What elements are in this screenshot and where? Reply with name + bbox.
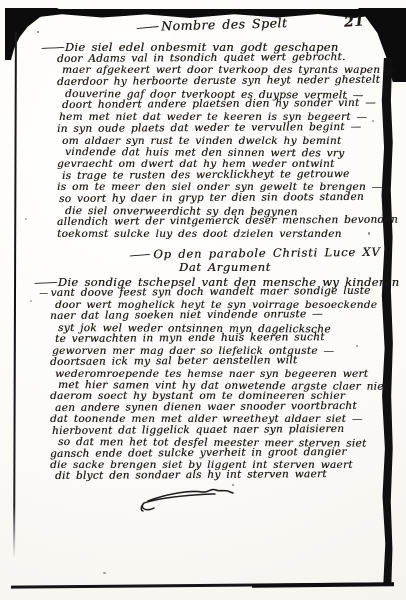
manuscript-line: so voort hy daer in gryp ter dien sin do… bbox=[59, 192, 398, 206]
scan-border-bottom-right bbox=[252, 582, 394, 587]
paragraph-2: Die sondige tschepsel vant den mensche w… bbox=[50, 277, 399, 483]
manuscript-line: naer dat lang soeken niet vindende onrus… bbox=[50, 309, 399, 323]
manuscript-line: dit blyct den sondaer als hy int sterven… bbox=[55, 469, 399, 483]
manuscript-line: is trage te rusten des wercklickheyt te … bbox=[62, 168, 398, 182]
manuscript-line: gansch ende doet sulcke yverheit in groo… bbox=[50, 446, 399, 460]
manuscript-line: doortsaen ick my sal beter aenstellen wi… bbox=[50, 355, 399, 369]
manuscript-line: wederomroepende tes hemse naer syn begee… bbox=[55, 369, 399, 380]
paragraph-1: Die siel edel onbesmit van godt geschape… bbox=[57, 42, 398, 241]
scan-border-left bbox=[13, 32, 17, 558]
manuscript-line: te verwachten in myn ende huis keeren su… bbox=[55, 332, 399, 346]
manuscript-line: hierbovent dat liggelick quaet naer syn … bbox=[52, 423, 399, 437]
end-flourish bbox=[132, 484, 244, 518]
manuscript-line: in syn oude plaets dat weder te vervulle… bbox=[57, 121, 398, 135]
manuscript-line: vant doove feest syn doch wandelt maer s… bbox=[50, 286, 399, 300]
section-subheading: Dat Argument bbox=[179, 260, 271, 274]
paper-speck bbox=[25, 218, 27, 220]
manuscript-line: toekomst sulcke luy des doot dzielen ver… bbox=[57, 229, 398, 241]
page-number: 21 bbox=[343, 13, 364, 30]
manuscript-line: aen andere synen dienen waer snooder voo… bbox=[55, 400, 399, 414]
manuscript-line: door Adams val in tsondich quaet wert ge… bbox=[57, 51, 398, 65]
section-heading: Op den parabole Christi Luce XV bbox=[140, 245, 381, 262]
paper-speck bbox=[37, 31, 39, 33]
manuscript-page: 21 Nombre des Spelt Die siel edel onbesm… bbox=[0, 0, 406, 600]
paper-speck bbox=[30, 300, 32, 302]
manuscript-line: allendich wert der vintgemerck deser men… bbox=[57, 215, 398, 229]
manuscript-line: doort hondert andere plaetsen dien hy so… bbox=[62, 98, 398, 112]
manuscript-line: daerdoor hy herboorte deruste syn heyt n… bbox=[57, 75, 398, 89]
paper-speck bbox=[103, 572, 106, 574]
manuscript-line: vindende dat huis met den sinnen wert de… bbox=[65, 147, 398, 160]
page-header: Nombre des Spelt bbox=[147, 15, 288, 34]
manuscript-line: met hier samen vint hy dat onwetende arg… bbox=[58, 380, 399, 393]
